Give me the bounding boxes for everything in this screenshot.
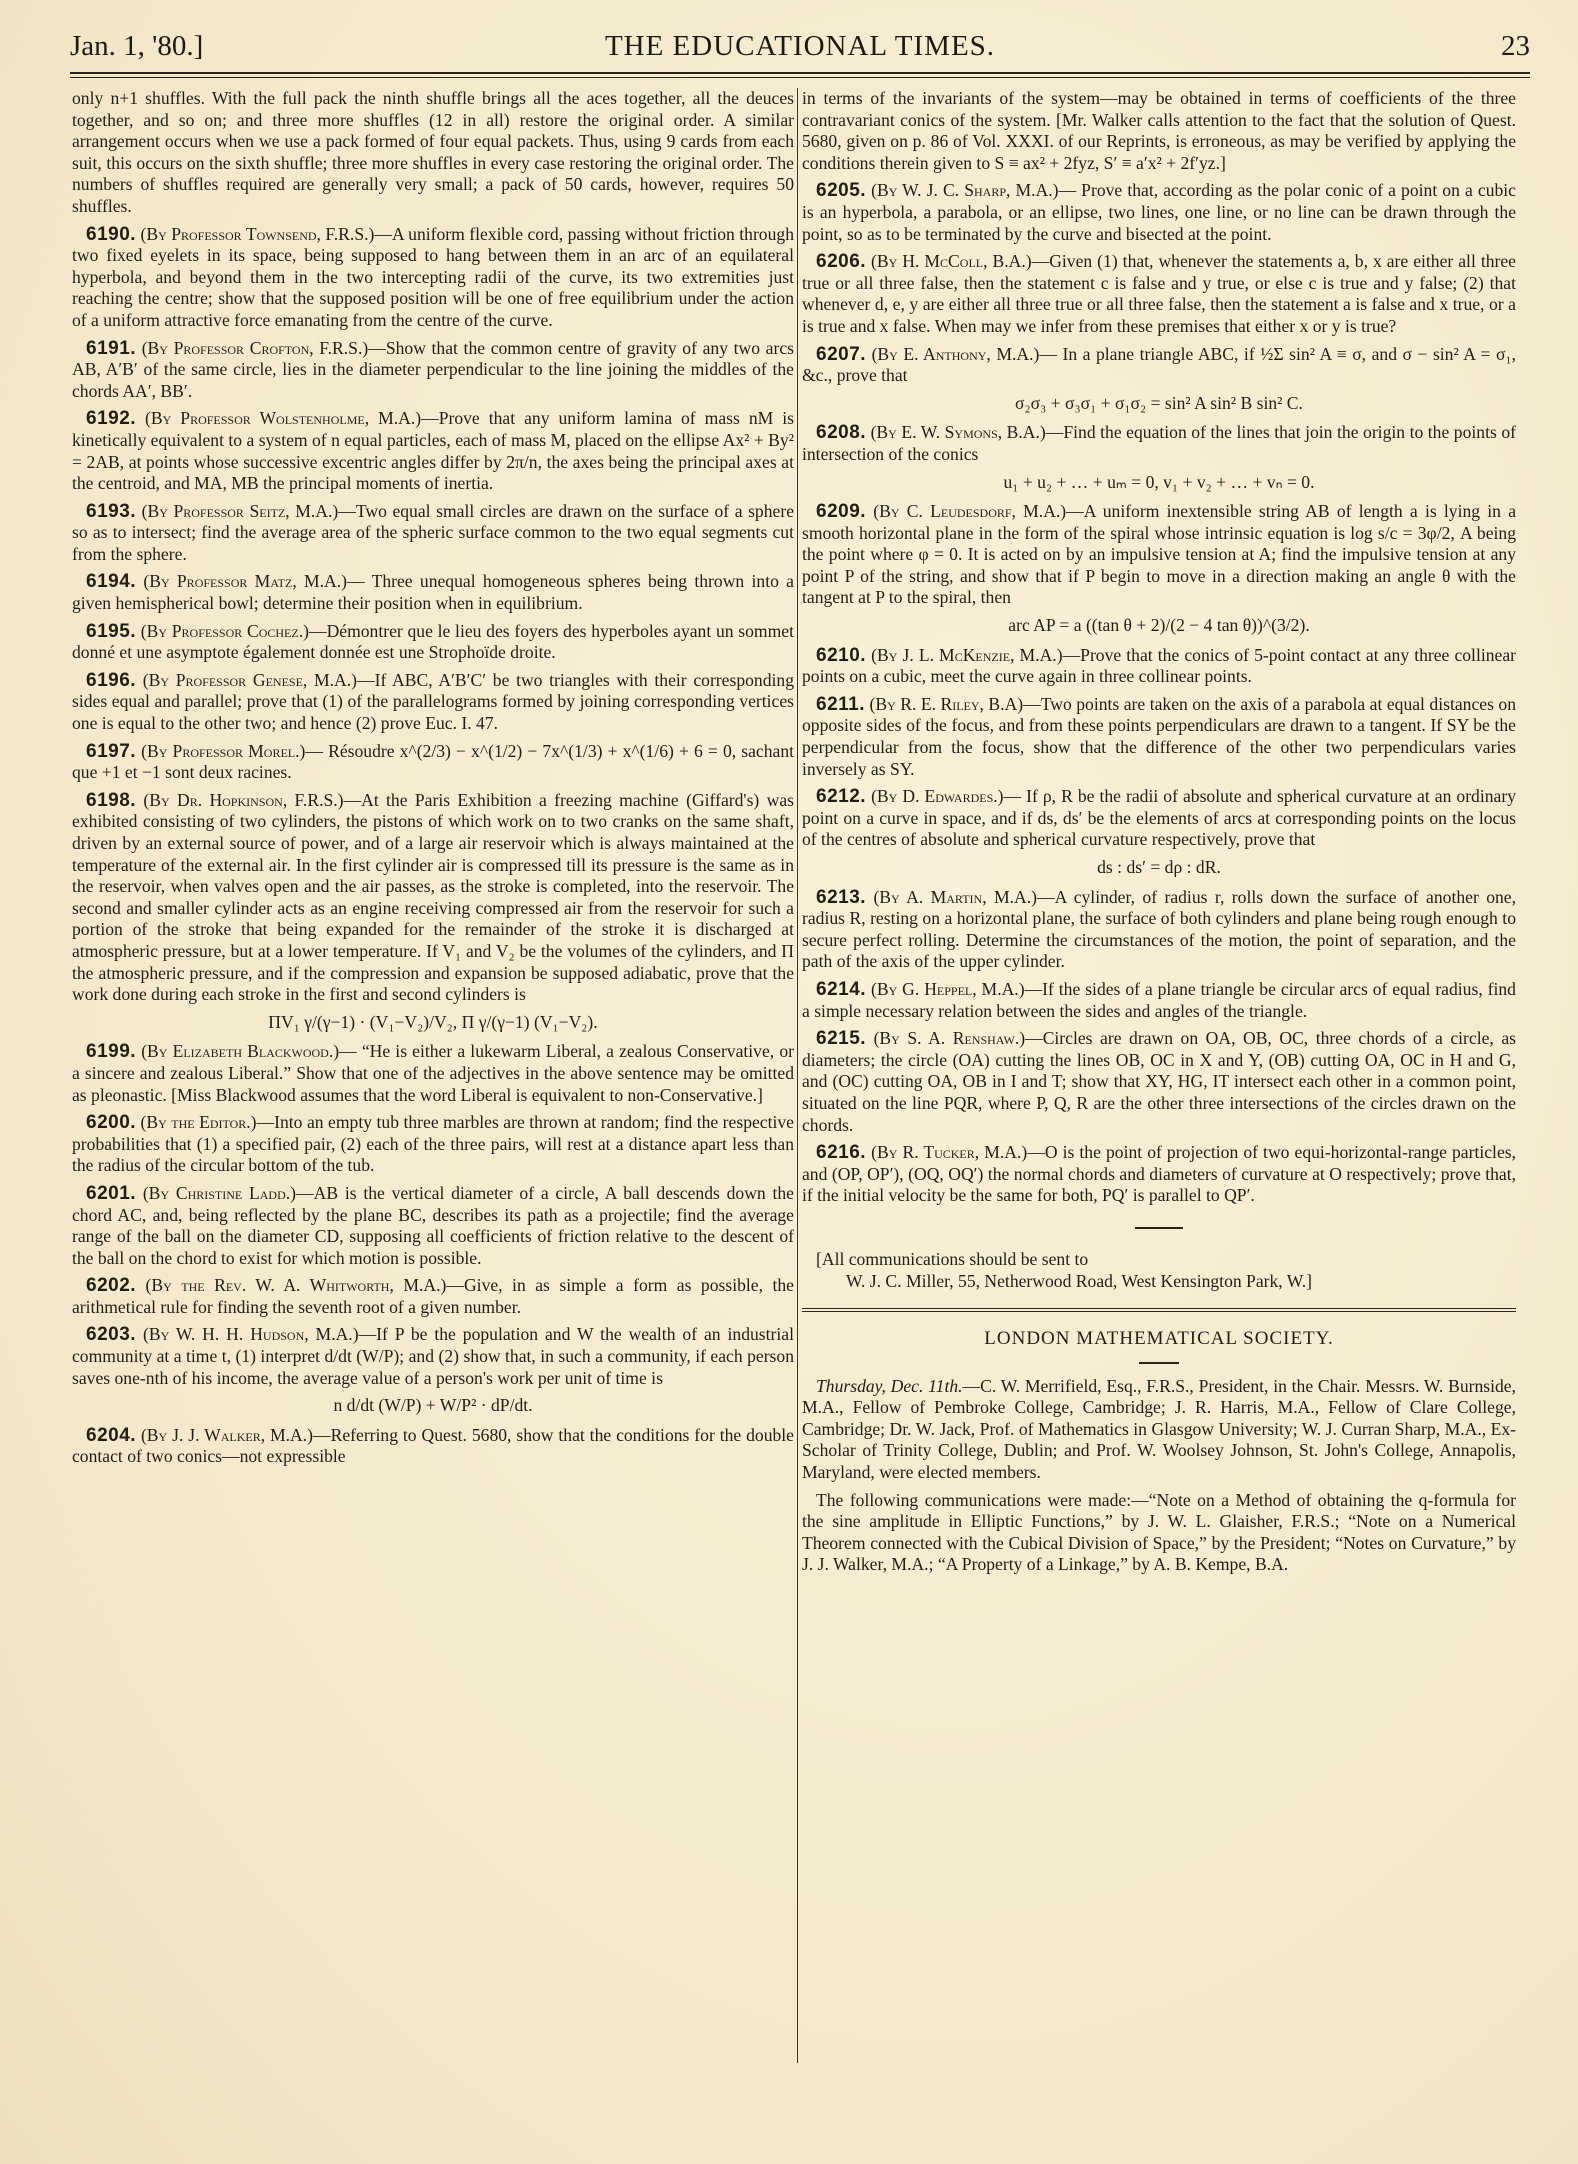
question-author: (By D. Edwardes.): [871, 786, 1003, 806]
question-6198: 6198. (By Dr. Hopkinson, F.R.S.)—At the …: [72, 790, 794, 1006]
question-author: (By G. Heppel, M.A.): [871, 979, 1025, 999]
question-6216: 6216. (By R. Tucker, M.A.)—O is the poin…: [802, 1142, 1516, 1207]
question-number: 6202.: [86, 1275, 136, 1296]
question-6207: 6207. (By E. Anthony, M.A.)— In a plane …: [802, 344, 1516, 387]
question-equation: σ₂σ₃ + σ₃σ₁ + σ₁σ₂ = sin² A sin² B sin² …: [802, 393, 1516, 415]
question-equation: n d/dt (W/P) + W/P² · dP/dt.: [72, 1395, 794, 1417]
question-6212: 6212. (By D. Edwardes.)— If ρ, R be the …: [802, 786, 1516, 851]
question-number: 6198.: [86, 790, 136, 811]
question-equation: ds : ds′ = dρ : dR.: [802, 857, 1516, 879]
newspaper-page: Jan. 1, '80.] THE EDUCATIONAL TIMES. 23 …: [0, 0, 1578, 2164]
question-author: (By Professor Townsend, F.R.S.): [141, 224, 375, 244]
question-6215: 6215. (By S. A. Renshaw.)—Circles are dr…: [802, 1028, 1516, 1136]
publication-title: THE EDUCATIONAL TIMES.: [70, 30, 1530, 63]
meeting-date: Thursday, Dec. 11th.: [816, 1376, 963, 1396]
question-author: (By E. Anthony, M.A.): [872, 344, 1040, 364]
question-number: 6190.: [86, 224, 136, 245]
question-text: —At the Paris Exhibition a freezing mach…: [72, 790, 794, 1004]
question-author: (By W. J. C. Sharp, M.A.): [871, 180, 1058, 200]
question-6192: 6192. (By Professor Wolstenholme, M.A.)—…: [72, 408, 794, 494]
question-6197: 6197. (By Professor Morel.)— Résoudre x^…: [72, 741, 794, 784]
question-number: 6203.: [86, 1324, 136, 1345]
question-author: (By E. W. Symons, B.A.): [871, 422, 1046, 442]
question-author: (By Dr. Hopkinson, F.R.S.): [143, 790, 343, 810]
question-6195: 6195. (By Professor Cochez.)—Démontrer q…: [72, 621, 794, 664]
intro-paragraph: only n+1 shuffles. With the full pack th…: [72, 88, 794, 218]
question-author: (By J. L. McKenzie, M.A.): [871, 645, 1062, 665]
question-6204: 6204. (By J. J. Walker, M.A.)—Referring …: [72, 1425, 794, 1468]
communications-notice: [All communications should be sent to W.…: [802, 1249, 1516, 1292]
question-author: (By Professor Matz, M.A.): [143, 571, 347, 591]
question-number: 6197.: [86, 741, 136, 762]
question-number: 6216.: [816, 1142, 866, 1163]
question-number: 6200.: [86, 1112, 136, 1133]
question-author: (By R. Tucker, M.A.): [871, 1142, 1027, 1162]
question-author: (By Professor Wolstenholme, M.A.): [145, 408, 421, 428]
question-number: 6201.: [86, 1183, 136, 1204]
question-number: 6208.: [816, 422, 866, 443]
question-6210: 6210. (By J. L. McKenzie, M.A.)—Prove th…: [802, 645, 1516, 688]
page-number: 23: [1501, 30, 1530, 63]
question-6202: 6202. (By the Rev. W. A. Whitworth, M.A.…: [72, 1275, 794, 1318]
page-header: Jan. 1, '80.] THE EDUCATIONAL TIMES. 23: [70, 30, 1530, 70]
question-number: 6209.: [816, 501, 866, 522]
question-number: 6215.: [816, 1028, 866, 1049]
question-author: (By Professor Crofton, F.R.S.): [142, 338, 369, 358]
question-author: (By Professor Cochez.): [141, 621, 309, 641]
question-6209: 6209. (By C. Leudesdorf, M.A.)—A uniform…: [802, 501, 1516, 609]
separator-rule: [1135, 1227, 1183, 1229]
question-equation: ΠV₁ γ/(γ−1) · (V₁−V₂)/V₂, Π γ/(γ−1) (V₁−…: [72, 1012, 794, 1034]
question-6200: 6200. (By the Editor.)—Into an empty tub…: [72, 1112, 794, 1177]
question-equation: arc AP = a ((tan θ + 2)/(2 − 4 tan θ))^(…: [802, 615, 1516, 637]
question-number: 6212.: [816, 786, 866, 807]
question-number: 6191.: [86, 338, 136, 359]
question-6214: 6214. (By G. Heppel, M.A.)—If the sides …: [802, 979, 1516, 1022]
question-number: 6207.: [816, 344, 866, 365]
question-equation: u₁ + u₂ + … + uₘ = 0, v₁ + v₂ + … + vₙ =…: [802, 472, 1516, 494]
question-number: 6195.: [86, 621, 136, 642]
society-heading: LONDON MATHEMATICAL SOCIETY.: [802, 1328, 1516, 1350]
question-author: (By H. McColl, B.A.): [871, 251, 1032, 271]
question-number: 6206.: [816, 251, 866, 272]
question-number: 6196.: [86, 670, 136, 691]
communications-line-1: [All communications should be sent to: [816, 1249, 1516, 1271]
question-6201: 6201. (By Christine Ladd.)—AB is the ver…: [72, 1183, 794, 1269]
question-number: 6192.: [86, 408, 136, 429]
question-6194: 6194. (By Professor Matz, M.A.)— Three u…: [72, 571, 794, 614]
continuation-paragraph: in terms of the invariants of the system…: [802, 88, 1516, 174]
question-number: 6199.: [86, 1041, 136, 1062]
question-6196: 6196. (By Professor Genese, M.A.)—If ABC…: [72, 670, 794, 735]
question-author: (By the Rev. W. A. Whitworth, M.A.): [146, 1275, 447, 1295]
society-communications-paragraph: The following communications were made:—…: [802, 1490, 1516, 1576]
question-number: 6210.: [816, 645, 866, 666]
heading-rule: [1139, 1362, 1179, 1364]
question-6213: 6213. (By A. Martin, M.A.)—A cylinder, o…: [802, 887, 1516, 973]
question-number: 6205.: [816, 180, 866, 201]
right-column: in terms of the invariants of the system…: [802, 88, 1516, 1582]
question-6193: 6193. (By Professor Seitz, M.A.)—Two equ…: [72, 501, 794, 566]
question-author: (By Professor Morel.): [141, 741, 305, 761]
question-author: (By Professor Genese, M.A.): [143, 670, 357, 690]
question-number: 6204.: [86, 1425, 136, 1446]
question-6205: 6205. (By W. J. C. Sharp, M.A.)— Prove t…: [802, 180, 1516, 245]
question-number: 6193.: [86, 501, 136, 522]
question-author: (By the Editor.): [141, 1112, 257, 1132]
question-6206: 6206. (By H. McColl, B.A.)—Given (1) tha…: [802, 251, 1516, 337]
question-6191: 6191. (By Professor Crofton, F.R.S.)—Sho…: [72, 338, 794, 403]
question-6203: 6203. (By W. H. H. Hudson, M.A.)—If P be…: [72, 1324, 794, 1389]
question-number: 6214.: [816, 979, 866, 1000]
question-6211: 6211. (By R. E. Riley, B.A)—Two points a…: [802, 694, 1516, 780]
section-double-rule: [802, 1308, 1516, 1312]
question-author: (By C. Leudesdorf, M.A.): [873, 501, 1066, 521]
question-author: (By J. J. Walker, M.A.): [141, 1425, 313, 1445]
question-author: (By Christine Ladd.): [143, 1183, 296, 1203]
society-meeting-paragraph: Thursday, Dec. 11th.—C. W. Merrifield, E…: [802, 1376, 1516, 1484]
question-number: 6213.: [816, 887, 866, 908]
question-6208: 6208. (By E. W. Symons, B.A.)—Find the e…: [802, 422, 1516, 465]
question-author: (By S. A. Renshaw.): [874, 1028, 1026, 1048]
question-author: (By A. Martin, M.A.): [873, 887, 1037, 907]
column-divider: [797, 88, 798, 2063]
question-number: 6194.: [86, 571, 136, 592]
question-author: (By Professor Seitz, M.A.): [142, 501, 339, 521]
question-author: (By R. E. Riley, B.A): [870, 694, 1024, 714]
question-6199: 6199. (By Elizabeth Blackwood.)— “He is …: [72, 1041, 794, 1106]
left-column: only n+1 shuffles. With the full pack th…: [72, 88, 794, 1474]
right-questions: 6205. (By W. J. C. Sharp, M.A.)— Prove t…: [802, 180, 1516, 1207]
question-6190: 6190. (By Professor Townsend, F.R.S.)—A …: [72, 224, 794, 332]
header-rule: [70, 72, 1530, 74]
question-number: 6211.: [816, 694, 865, 715]
header-rule-thin: [70, 77, 1530, 78]
communications-address: W. J. C. Miller, 55, Netherwood Road, We…: [816, 1271, 1516, 1293]
question-author: (By W. H. H. Hudson, M.A.): [143, 1324, 359, 1344]
question-author: (By Elizabeth Blackwood.): [141, 1041, 339, 1061]
